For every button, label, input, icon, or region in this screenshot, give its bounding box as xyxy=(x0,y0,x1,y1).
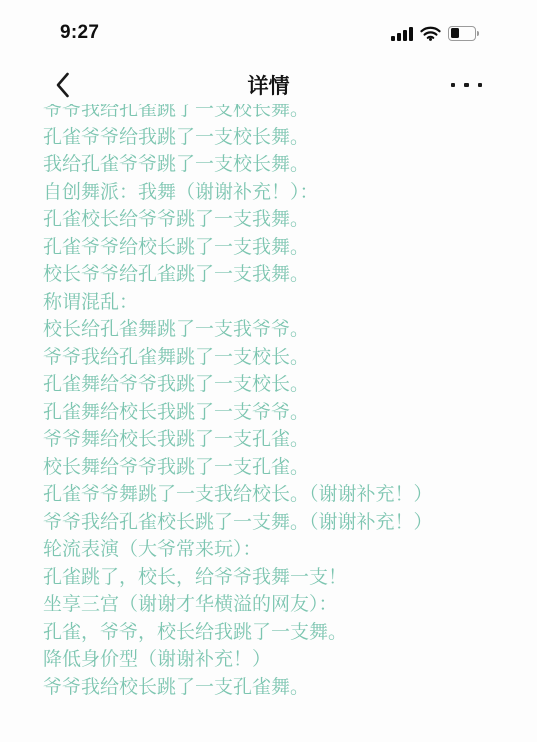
app-header: 9:27 xyxy=(0,0,537,104)
status-time: 9:27 xyxy=(60,22,99,44)
phone-screen: 9:27 xyxy=(0,0,537,742)
text-line: 爷爷舞给校长我跳了一支孔雀。 xyxy=(43,426,517,454)
text-line: 孔雀爷爷舞跳了一支我给校长。（谢谢补充！） xyxy=(43,481,517,509)
text-line: 孔雀爷爷给校长跳了一支我舞。 xyxy=(43,234,517,262)
text-lines: 爷爷我给孔雀跳了一支校长舞。孔雀爷爷给我跳了一支校长舞。我给孔雀爷爷跳了一支校长… xyxy=(43,96,517,701)
text-line: 降低身价型（谢谢补充！） xyxy=(43,646,517,674)
status-icons xyxy=(391,26,479,41)
text-line: 孔雀校长给爷爷跳了一支我舞。 xyxy=(43,206,517,234)
status-bar: 9:27 xyxy=(0,0,537,58)
signal-icon xyxy=(391,26,413,41)
text-line: 孔雀爷爷给我跳了一支校长舞。 xyxy=(43,124,517,152)
text-line: 校长给孔雀舞跳了一支我爷爷。 xyxy=(43,316,517,344)
nav-bar: 详情 xyxy=(0,58,537,112)
text-line: 孔雀舞给爷爷我跳了一支校长。 xyxy=(43,371,517,399)
text-line: 孔雀，爷爷，校长给我跳了一支舞。 xyxy=(43,619,517,647)
text-line: 孔雀舞给校长我跳了一支爷爷。 xyxy=(43,399,517,427)
text-line: 爷爷我给孔雀校长跳了一支舞。（谢谢补充！） xyxy=(43,509,517,537)
text-line: 坐享三宫（谢谢才华横溢的网友）： xyxy=(43,591,517,619)
ellipsis-icon xyxy=(451,83,483,88)
chevron-left-icon xyxy=(55,72,70,98)
wifi-icon xyxy=(420,26,441,41)
battery-icon xyxy=(448,26,479,41)
text-line: 爷爷我给孔雀舞跳了一支校长。 xyxy=(43,344,517,372)
text-line: 称谓混乱： xyxy=(43,289,517,317)
text-line: 爷爷我给校长跳了一支孔雀舞。 xyxy=(43,674,517,702)
text-line: 自创舞派：我舞（谢谢补充！）： xyxy=(43,179,517,207)
text-line: 校长舞给爷爷我跳了一支孔雀。 xyxy=(43,454,517,482)
text-line: 我给孔雀爷爷跳了一支校长舞。 xyxy=(43,151,517,179)
text-line: 轮流表演（大爷常来玩）： xyxy=(43,536,517,564)
back-button[interactable] xyxy=(55,70,70,100)
battery-charge-level xyxy=(451,28,459,38)
more-button[interactable] xyxy=(451,70,483,100)
text-line: 校长爷爷给孔雀跳了一支我舞。 xyxy=(43,261,517,289)
text-line: 孔雀跳了，校长，给爷爷我舞一支！ xyxy=(43,564,517,592)
